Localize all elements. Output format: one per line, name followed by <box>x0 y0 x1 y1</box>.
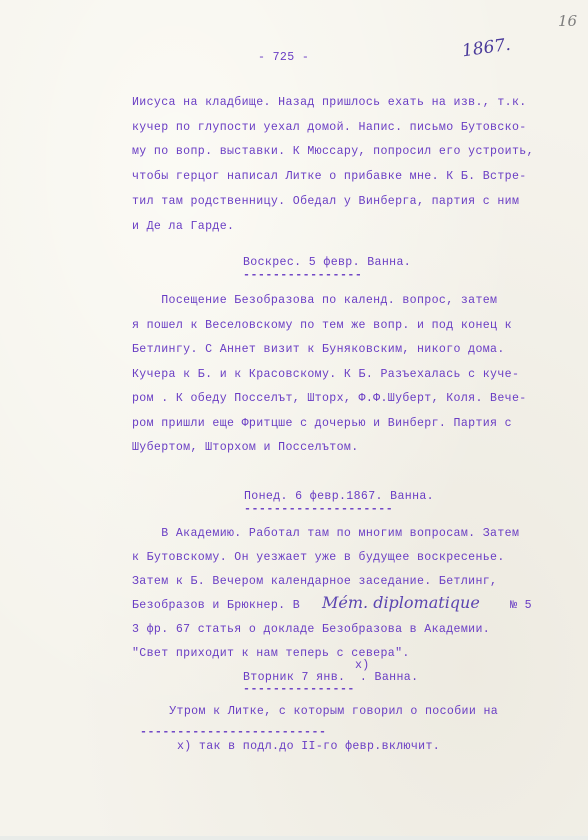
text-line: Кучера к Б. и к Красовскому. К Б. Разъех… <box>132 369 519 381</box>
text-line: Безобразов и Брюкнер. В <box>132 600 300 612</box>
text-line: Иисуса на кладбище. Назад пришлось ехать… <box>132 97 527 109</box>
page-number: - 725 - <box>258 52 309 64</box>
text-line: тил там родственницу. Обедал у Винберга,… <box>132 196 519 208</box>
text-line: ром пришли еще Фритцше с дочерью и Винбе… <box>132 418 512 430</box>
footnote-rule: ------------------------- <box>140 727 326 739</box>
handwritten-year: 1867. <box>461 35 512 62</box>
entry-heading: Воскрес. 5 февр. Ванна. <box>243 257 411 269</box>
entry-heading: Вторник 7 янв. . Ванна. <box>243 672 418 684</box>
text-line: Шубертом, Шторхом и Посселътом. <box>132 442 359 454</box>
text-line: Утром к Литке, с которым говорил о пособ… <box>140 706 498 718</box>
text-line: и Де ла Гарде. <box>132 221 234 233</box>
text-line: 3 фр. 67 статья о докладе Безобразова в … <box>132 624 490 636</box>
text-line: му по вопр. выставки. К Мюссару, попроси… <box>132 146 534 158</box>
text-line: В Академию. Работал там по многим вопрос… <box>132 528 519 540</box>
issue-number: № 5 <box>510 600 532 612</box>
text-line: Затем к Б. Вечером календарное заседание… <box>132 576 497 588</box>
text-line: Бетлингу. С Аннет визит к Буняковским, н… <box>132 344 505 356</box>
footnote-marker: x) <box>355 660 370 672</box>
text-line: к Бутовскому. Он уезжает уже в будущее в… <box>132 552 505 564</box>
text-line: кучер по глупости уехал домой. Напис. пи… <box>132 122 527 134</box>
text-line: Посещение Безобразова по календ. вопрос,… <box>132 295 497 307</box>
text-line: ром . К обеду Посселът, Шторх, Ф.Ф.Шубер… <box>132 393 527 405</box>
text-line: чтобы герцог написал Литке о прибавке мн… <box>132 171 527 183</box>
text-line: я пошел к Веселовскому по тем же вопр. и… <box>132 320 512 332</box>
heading-underline: ---------------- <box>243 270 362 282</box>
text-line: "Свет приходит к нам теперь с севера". <box>132 648 410 660</box>
entry-heading: Понед. 6 февр.1867. Ванна. <box>244 491 434 503</box>
heading-underline: --------------- <box>243 684 355 696</box>
archive-folio-number: 16 <box>558 12 577 30</box>
footnote-text: x) так в подл.до II-го февр.включит. <box>177 741 440 753</box>
handwritten-insert: Mém. diplomatique <box>322 593 480 612</box>
document-page: 16 - 725 - 1867. Иисуса на кладбище. Наз… <box>0 0 588 836</box>
heading-underline: -------------------- <box>244 504 393 516</box>
